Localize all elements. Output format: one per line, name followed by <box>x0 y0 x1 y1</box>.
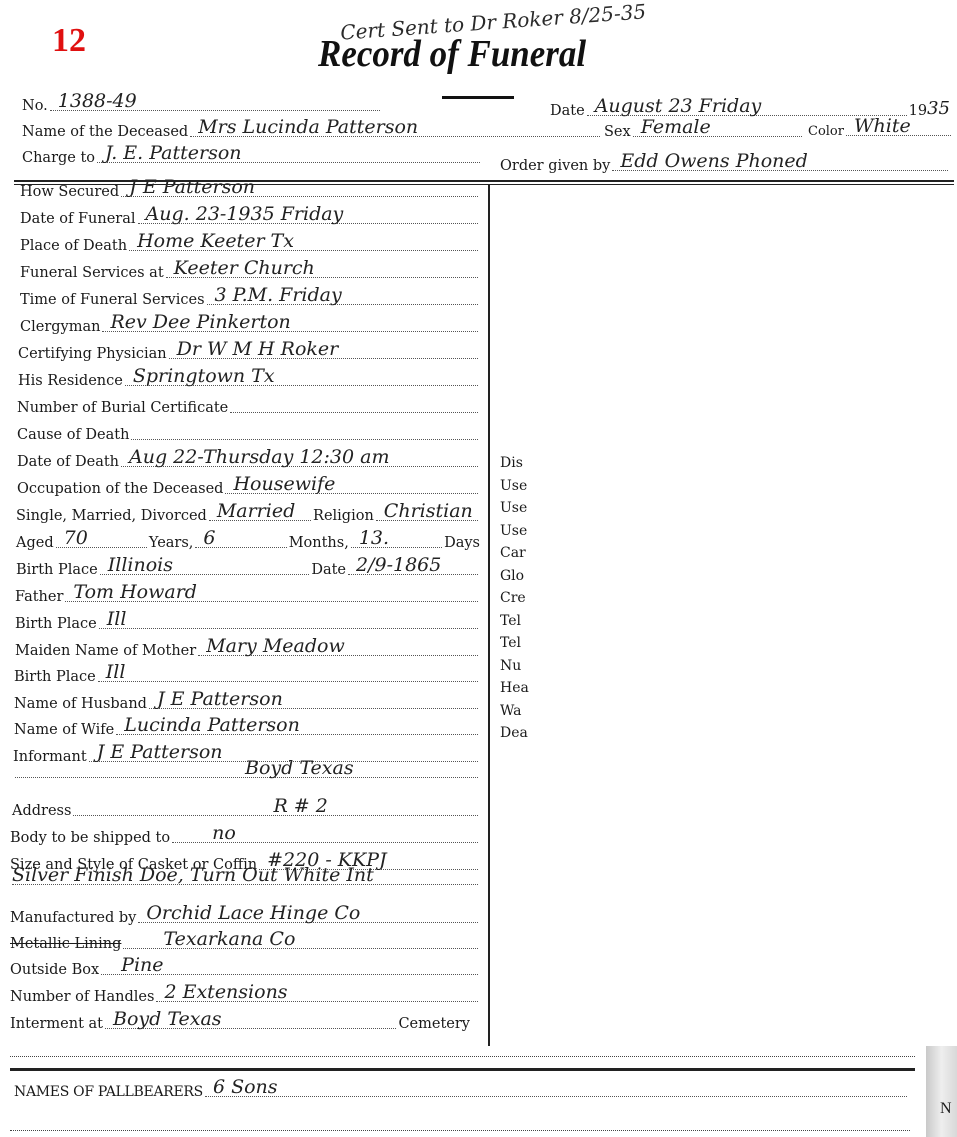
cemetery-label: Cemetery <box>398 1016 470 1032</box>
pallbearers-line2 <box>10 1130 910 1131</box>
field-time-of-services: Time of Funeral Services3 P.M. Friday <box>20 292 480 308</box>
field-occupation: Occupation of the DeceasedHousewife <box>17 481 480 497</box>
year-prefix: 19 <box>909 103 927 119</box>
field-mother-birth-place: Birth PlaceIll <box>14 669 480 685</box>
field-aged: Aged 70 Years, 6 Months, 13. Days <box>16 535 480 551</box>
birth-date-label: Date <box>311 562 346 578</box>
color-label: Color <box>808 124 844 139</box>
page-number: 12 <box>52 22 86 60</box>
column-divider <box>488 184 490 1046</box>
date-value: August 23 Friday <box>595 95 762 117</box>
charge-label: Charge to <box>22 150 95 166</box>
field-number-of-handles: Number of Handles2 Extensions <box>10 989 480 1005</box>
pallbearers-value: 6 Sons <box>213 1076 278 1098</box>
field-metallic-lining: Metallic LiningTexarkana Co <box>10 936 480 952</box>
field-burial-certificate: Number of Burial Certificate <box>17 400 480 416</box>
field-place-of-death: Place of DeathHome Keeter Tx <box>20 238 480 254</box>
religion-label: Religion <box>313 508 374 524</box>
field-certifying-physician: Certifying PhysicianDr W M H Roker <box>18 346 480 362</box>
field-birth-place: Birth Place Illinois Date 2/9-1865 <box>16 562 480 578</box>
record-number-value: 1388-49 <box>58 90 137 112</box>
year-value: 35 <box>927 98 950 119</box>
sex-row: Sex Female <box>604 124 804 140</box>
field-shipped-to: Body to be shipped tono <box>10 830 480 846</box>
order-label: Order given by <box>500 158 610 174</box>
field-outside-box: Outside BoxPine <box>10 962 480 978</box>
record-number-label: No. <box>22 98 48 114</box>
deceased-value: Mrs Lucinda Patterson <box>198 116 418 138</box>
field-manufactured-by: Manufactured byOrchid Lace Hinge Co <box>10 910 480 926</box>
field-date-of-funeral: Date of FuneralAug. 23-1935 Friday <box>20 211 480 227</box>
date-label: Date <box>550 103 585 119</box>
field-father: FatherTom Howard <box>15 589 480 605</box>
order-row: Order given by Edd Owens Phoned <box>500 158 950 174</box>
field-interment: Interment at Boyd Texas Cemetery <box>10 1016 470 1032</box>
field-informant-line2: Boyd Texas <box>13 776 480 781</box>
deceased-row: Name of the Deceased Mrs Lucinda Patters… <box>22 124 602 140</box>
adjacent-page-letter: N <box>940 1100 952 1118</box>
deceased-label: Name of the Deceased <box>22 124 188 140</box>
charge-row: Charge to J. E. Patterson <box>22 150 482 166</box>
field-his-residence: His ResidenceSpringtown Tx <box>18 373 480 389</box>
pallbearers-row: NAMES OF PALLBEARERS 6 Sons <box>14 1084 909 1100</box>
field-father-birth-place: Birth PlaceIll <box>15 616 480 632</box>
religion-value: Christian <box>384 500 473 522</box>
order-value: Edd Owens Phoned <box>620 150 807 172</box>
record-number-row: No. 1388-49 <box>22 98 382 114</box>
footer-divider <box>10 1068 915 1071</box>
field-wife: Name of WifeLucinda Patterson <box>14 722 480 738</box>
field-mother-maiden-name: Maiden Name of MotherMary Meadow <box>15 643 480 659</box>
field-how-secured: How SecuredJ E Patterson <box>20 184 480 200</box>
color-value: White <box>854 115 911 137</box>
birth-date-value: 2/9-1865 <box>356 554 441 576</box>
adjacent-page-edge <box>926 1046 957 1137</box>
field-cause-of-death: Cause of Death <box>17 427 480 443</box>
footer-dotted-line <box>10 1056 915 1057</box>
charge-value: J. E. Patterson <box>105 142 241 164</box>
color-row: Color White <box>808 124 953 139</box>
field-address: AddressR # 2 <box>12 803 480 819</box>
field-funeral-services-at: Funeral Services atKeeter Church <box>20 265 480 281</box>
sex-label: Sex <box>604 124 631 140</box>
field-clergyman: ClergymanRev Dee Pinkerton <box>20 319 480 335</box>
field-marital-status: Single, Married, Divorced Married Religi… <box>16 508 480 524</box>
right-column-labels: Dis Use Use Use Car Glo Cre Tel Tel Nu H… <box>500 452 529 745</box>
sex-value: Female <box>641 116 711 138</box>
field-husband: Name of HusbandJ E Patterson <box>14 696 480 712</box>
document-title: Record of Funeral <box>318 32 586 76</box>
title-rule <box>442 96 514 99</box>
field-casket-line2: Silver Finish Doe, Turn Out White Int <box>10 883 480 888</box>
field-date-of-death: Date of DeathAug 22-Thursday 12:30 am <box>17 454 480 470</box>
pallbearers-label: NAMES OF PALLBEARERS <box>14 1084 203 1100</box>
